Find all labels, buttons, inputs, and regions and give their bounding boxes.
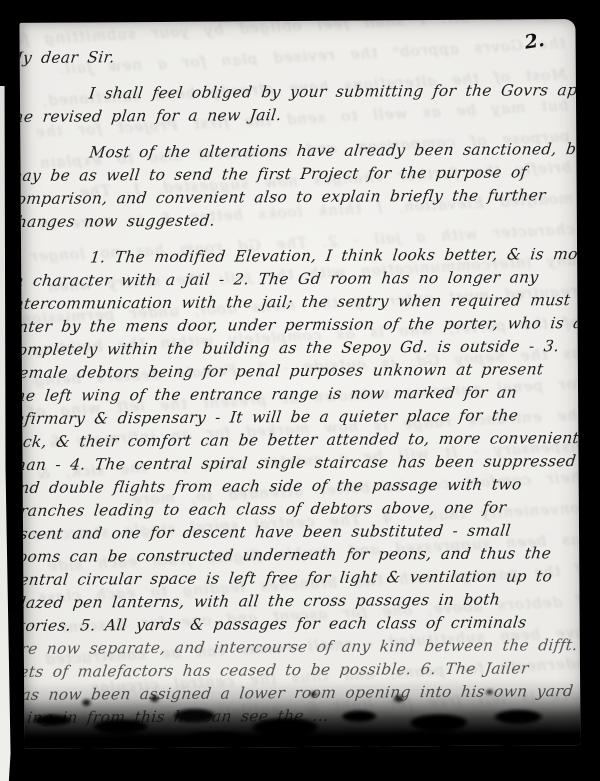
manuscript-line: My dear Sir.	[19, 43, 575, 70]
scan-background: My dear Sir. I shall feel obliged by you…	[0, 0, 600, 781]
manuscript-page: My dear Sir. I shall feel obliged by you…	[19, 19, 580, 749]
bottom-ink-smudge	[19, 663, 580, 749]
manuscript-line: changes now suggested.	[19, 207, 576, 234]
adjacent-page-edge	[0, 86, 12, 781]
manuscript-text: My dear Sir. I shall feel obliged by you…	[19, 43, 578, 730]
manuscript-line: the revised plan for a new Jail.	[19, 102, 575, 129]
